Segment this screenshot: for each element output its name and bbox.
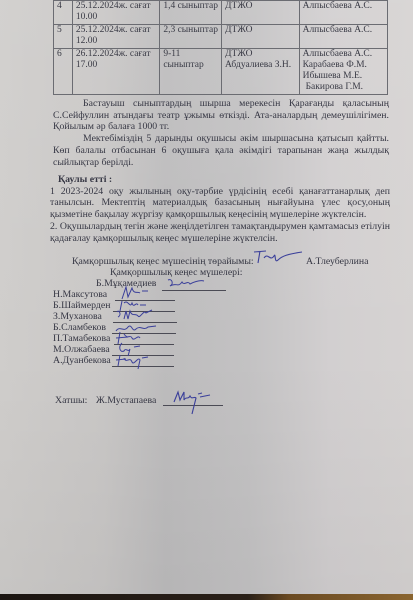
chair-label: Қамқоршылық кеңес мүшесінің төрайымы: (72, 256, 254, 267)
responsible-name: Алпысбаева А.С. (303, 25, 384, 36)
member-name: А.Дуанбекова (53, 355, 111, 366)
responsible-name: Ибышева М.Е. (303, 71, 384, 82)
cell-place: ДТЖО Абдуалиева З.Н. (222, 49, 300, 95)
cell-num: 6 (54, 49, 73, 95)
secretary-label: Хатшы: (55, 395, 87, 406)
cell-responsible: Алпысбаева А.С. (299, 25, 387, 49)
resolution-heading: Қаулы етті : (50, 174, 390, 186)
member-name: З.Муханова (53, 311, 102, 322)
paragraph-gifts: Мектебіміздің 5 дарынды оқушысы әкім шыр… (53, 133, 389, 168)
table-row: 6 26.12.2024ж. сағат 17.00 9-11 сыныптар… (54, 49, 388, 95)
member-name: Н.Максутова (53, 289, 107, 300)
cell-place: ДТЖО (222, 25, 300, 49)
member-signature-icon (166, 276, 206, 290)
member-signature-icon (114, 352, 150, 370)
cell-date: 25.12.2024ж. сағат 10.00 (72, 1, 159, 25)
responsible-name: Карабаева Ф.М. (303, 60, 384, 71)
cell-classes: 9-11 сыныптар (160, 49, 222, 95)
responsible-name: Алпысбаева А.С. (303, 1, 384, 12)
paragraph-theatre: Бастауыш сыныптардың шырша мерекесін Қар… (53, 98, 389, 133)
resolution-item-1: 1 2023-2024 оқу жылының оқу-тәрбие үрдіс… (50, 186, 390, 221)
schedule-table: 4 25.12.2024ж. сағат 10.00 1,4 сыныптар … (53, 0, 388, 95)
secretary-signature-icon (170, 390, 212, 416)
responsible-name: Алпысбаева А.С. (303, 49, 384, 60)
cell-classes: 1,4 сыныптар (160, 1, 222, 25)
cell-classes: 2,3 сыныптар (160, 25, 222, 49)
cell-responsible: Алпысбаева А.С. (299, 1, 387, 25)
desk-background (0, 594, 413, 600)
cell-place: ДТЖО (222, 1, 300, 25)
cell-num: 4 (54, 1, 73, 25)
table-row: 4 25.12.2024ж. сағат 10.00 1,4 сыныптар … (54, 1, 388, 25)
report-paragraphs: Бастауыш сыныптардың шырша мерекесін Қар… (53, 98, 389, 168)
cell-responsible: Алпысбаева А.С. Карабаева Ф.М. Ибышева М… (299, 49, 387, 95)
signature-line (162, 290, 226, 291)
cell-date: 25.12.2024ж. сағат 12.00 (72, 25, 159, 49)
member-name: П.Тамабекова (53, 333, 110, 344)
cell-date: 26.12.2024ж. сағат 17.00 (72, 49, 159, 95)
resolution-item-2: 2. Оқушылардың тегін және жеңілдетілген … (50, 221, 390, 244)
table-row: 5 25.12.2024ж. сағат 12.00 2,3 сыныптар … (54, 25, 388, 49)
member-name: Б.Сламбеков (53, 322, 106, 333)
cell-num: 5 (54, 25, 73, 49)
resolution-section: Қаулы етті : 1 2023-2024 оқу жылының оқу… (50, 174, 390, 244)
responsible-name: Бакирова Г.М. (303, 82, 384, 93)
chair-name: А.Тлеуберлина (306, 256, 368, 267)
chair-signature-icon (252, 248, 308, 266)
secretary-name: Ж.Мустапаева (96, 395, 156, 406)
member-name: М.Олжабаева (53, 344, 110, 355)
member-name: Б.Шаймерден (53, 300, 110, 311)
